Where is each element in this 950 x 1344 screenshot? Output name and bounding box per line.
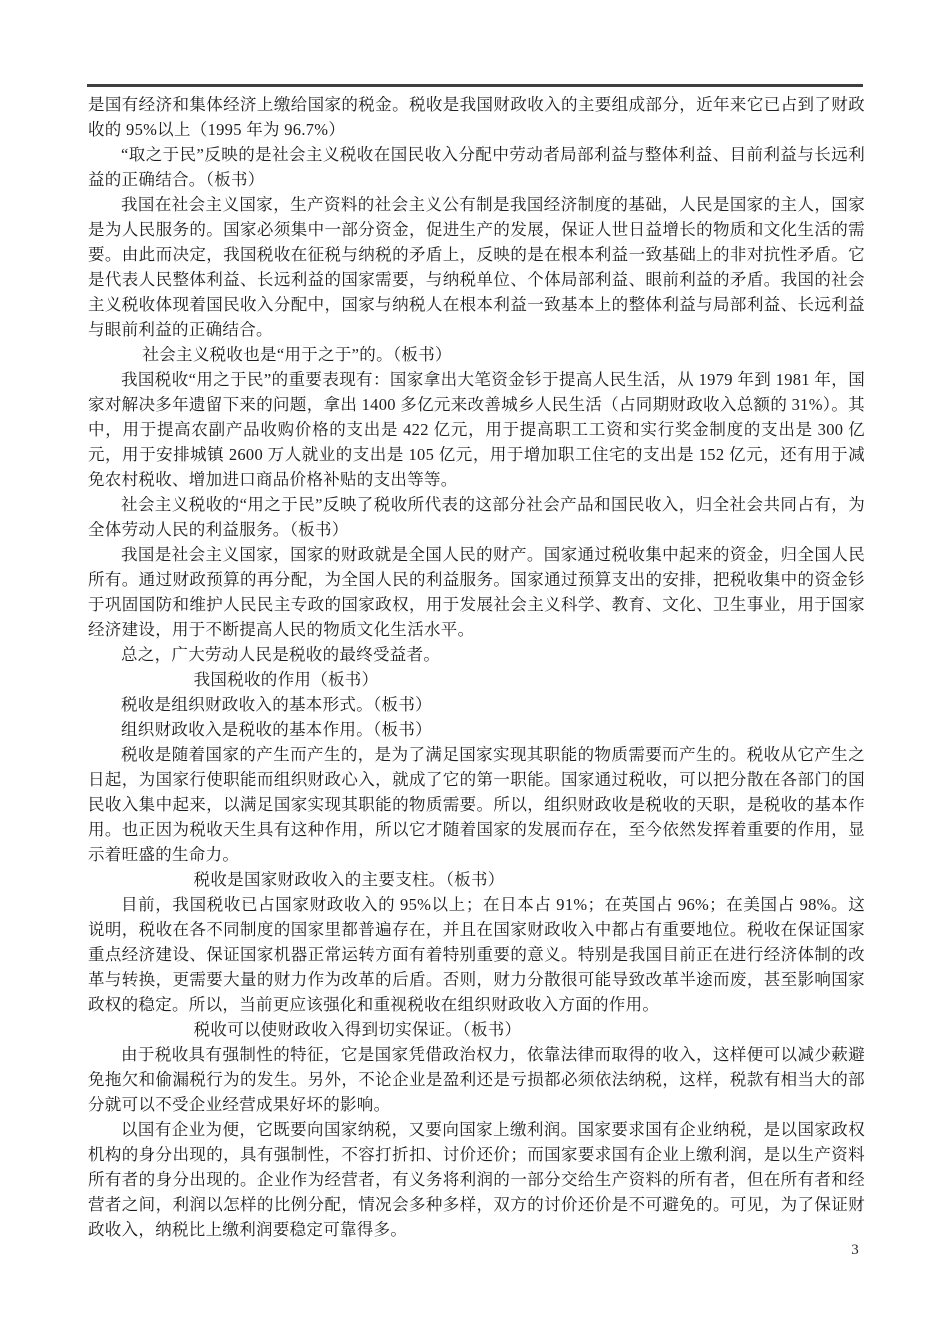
- paragraph: 税收是随着国家的产生而产生的，是为了满足国家实现其职能的物质需要而产生的。税收从…: [88, 742, 865, 867]
- document-page: 是国有经济和集体经济上缴给国家的税金。税收是我国财政收入的主要组成部分，近年来它…: [0, 0, 950, 1344]
- paragraph: 税收是国家财政收入的主要支柱。（板书）: [88, 867, 865, 892]
- paragraph: 组织财政收入是税收的基本作用。（板书）: [88, 717, 865, 742]
- document-body: 是国有经济和集体经济上缴给国家的税金。税收是我国财政收入的主要组成部分，近年来它…: [88, 92, 865, 1242]
- paragraph: 社会主义税收的“用之于民”反映了税收所代表的这部分社会产品和国民收入，归全社会共…: [88, 492, 865, 542]
- paragraph: 我国是社会主义国家，国家的财政就是全国人民的财产。国家通过税收集中起来的资金，归…: [88, 542, 865, 642]
- page-number: 3: [845, 1242, 865, 1259]
- paragraph: 总之，广大劳动人民是税收的最终受益者。: [88, 642, 865, 667]
- paragraph: 社会主义税收也是“用于之于”的。（板书）: [88, 342, 865, 367]
- paragraph: 是国有经济和集体经济上缴给国家的税金。税收是我国财政收入的主要组成部分，近年来它…: [88, 92, 865, 142]
- paragraph: 由于税收具有强制性的特征，它是国家凭借政治权力，依靠法律而取得的收入，这样便可以…: [88, 1042, 865, 1117]
- header-rule: [87, 84, 863, 87]
- paragraph: 以国有企业为便，它既要向国家纳税，又要向国家上缴利润。国家要求国有企业纳税，是以…: [88, 1117, 865, 1242]
- paragraph: 我国税收的作用（板书）: [88, 667, 865, 692]
- paragraph: 目前，我国税收已占国家财政收入的 95%以上；在日本占 91%；在英国占 96%…: [88, 892, 865, 1017]
- paragraph: 我国在社会主义国家，生产资料的社会主义公有制是我国经济制度的基础，人民是国家的主…: [88, 192, 865, 342]
- paragraph: 税收可以使财政收入得到切实保证。（板书）: [88, 1017, 865, 1042]
- paragraph: 税收是组织财政收入的基本形式。（板书）: [88, 692, 865, 717]
- paragraph: 我国税收“用之于民”的重要表现有：国家拿出大笔资金钐于提高人民生活，从 1979…: [88, 367, 865, 492]
- paragraph: “取之于民”反映的是社会主义税收在国民收入分配中劳动者局部利益与整体利益、目前利…: [88, 142, 865, 192]
